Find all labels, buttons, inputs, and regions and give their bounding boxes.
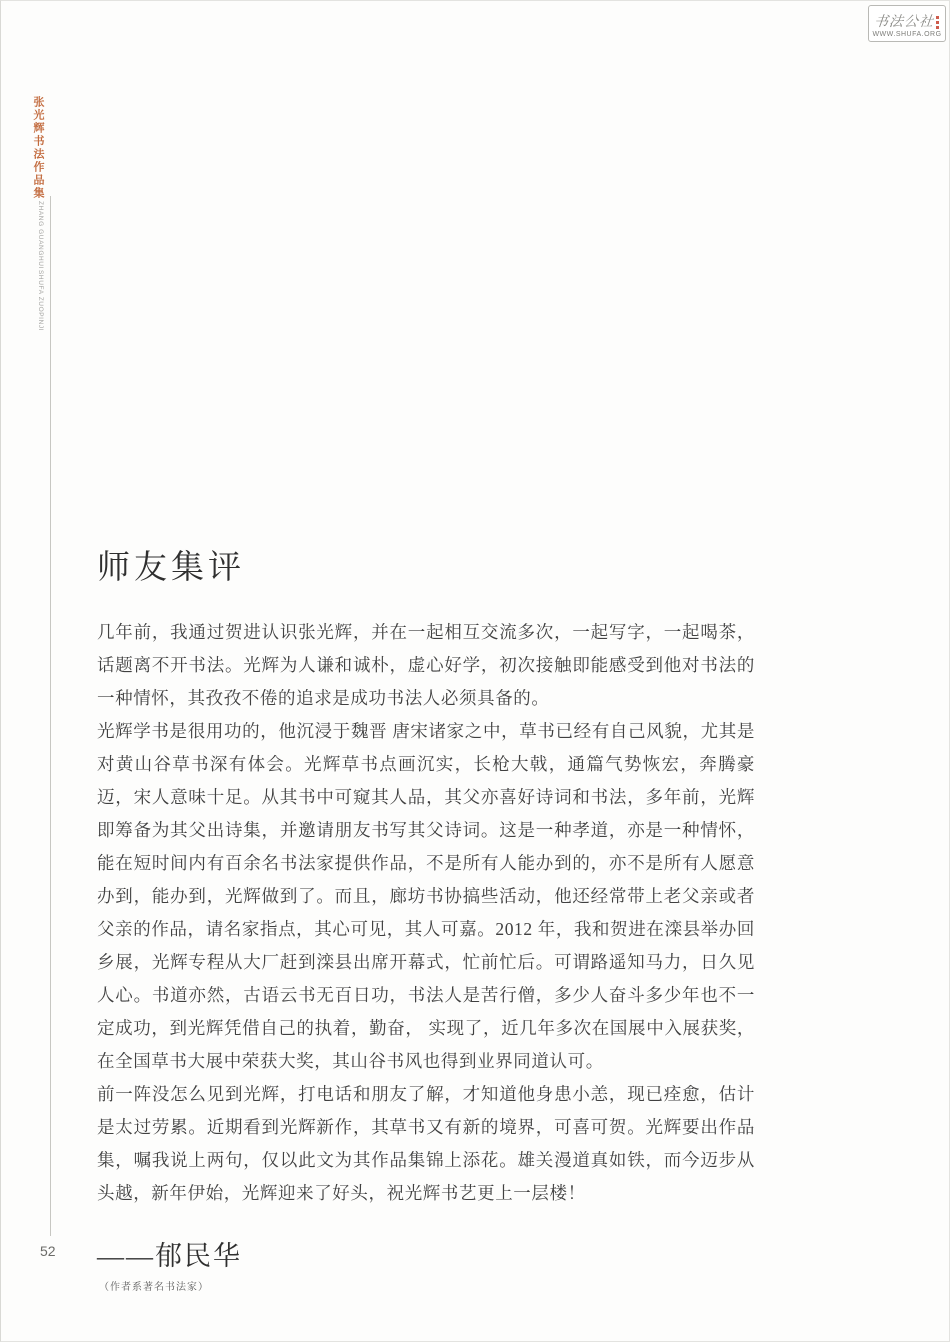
series-title-pinyin-line1: ZHANG GUANGHUI [31,201,44,269]
logo-calligraphy-row: 书法公社 [871,15,943,31]
logo-url-text: WWW.SHUFA.ORG [872,31,941,39]
series-title-chinese: 张光辉书法作品集 [31,96,44,200]
article-body: 几年前，我通过贺进认识张光辉，并在一起相互交流多次，一起写字，一起喝茶，话题离不… [97,616,755,1210]
paragraph-3: 前一阵没怎么见到光辉，打电话和朋友了解，才知道他身患小恙，现已痊愈，估计是太过劳… [97,1078,755,1210]
article-title: 师友集评 [97,548,755,588]
paragraph-1: 几年前，我通过贺进认识张光辉，并在一起相互交流多次，一起写字，一起喝茶，话题离不… [97,616,755,715]
page-number: 52 [40,1243,56,1259]
left-vertical-rule [50,196,51,1236]
series-title-strip: 张光辉书法作品集 ZHANG GUANGHUI SHUFA ZUOPINJI [31,96,44,331]
logo-calligraphy-text: 书法公社 [873,15,935,31]
paragraph-2: 光辉学书是很用功的，他沉浸于魏晋 唐宋诸家之中，草书已经有自己风貌，尤其是对黄山… [97,715,755,1078]
series-title-pinyin-line2: SHUFA ZUOPINJI [31,270,44,331]
author-signature: ——郁民华 [97,1240,755,1272]
article-column: 师友集评 几年前，我通过贺进认识张光辉，并在一起相互交流多次，一起写字，一起喝茶… [97,548,755,1293]
shufa-watermark-logo: 书法公社 WWW.SHUFA.ORG [868,5,946,42]
author-signature-note: （作者系著名书法家） [99,1278,755,1293]
red-seal-icon [936,15,940,31]
